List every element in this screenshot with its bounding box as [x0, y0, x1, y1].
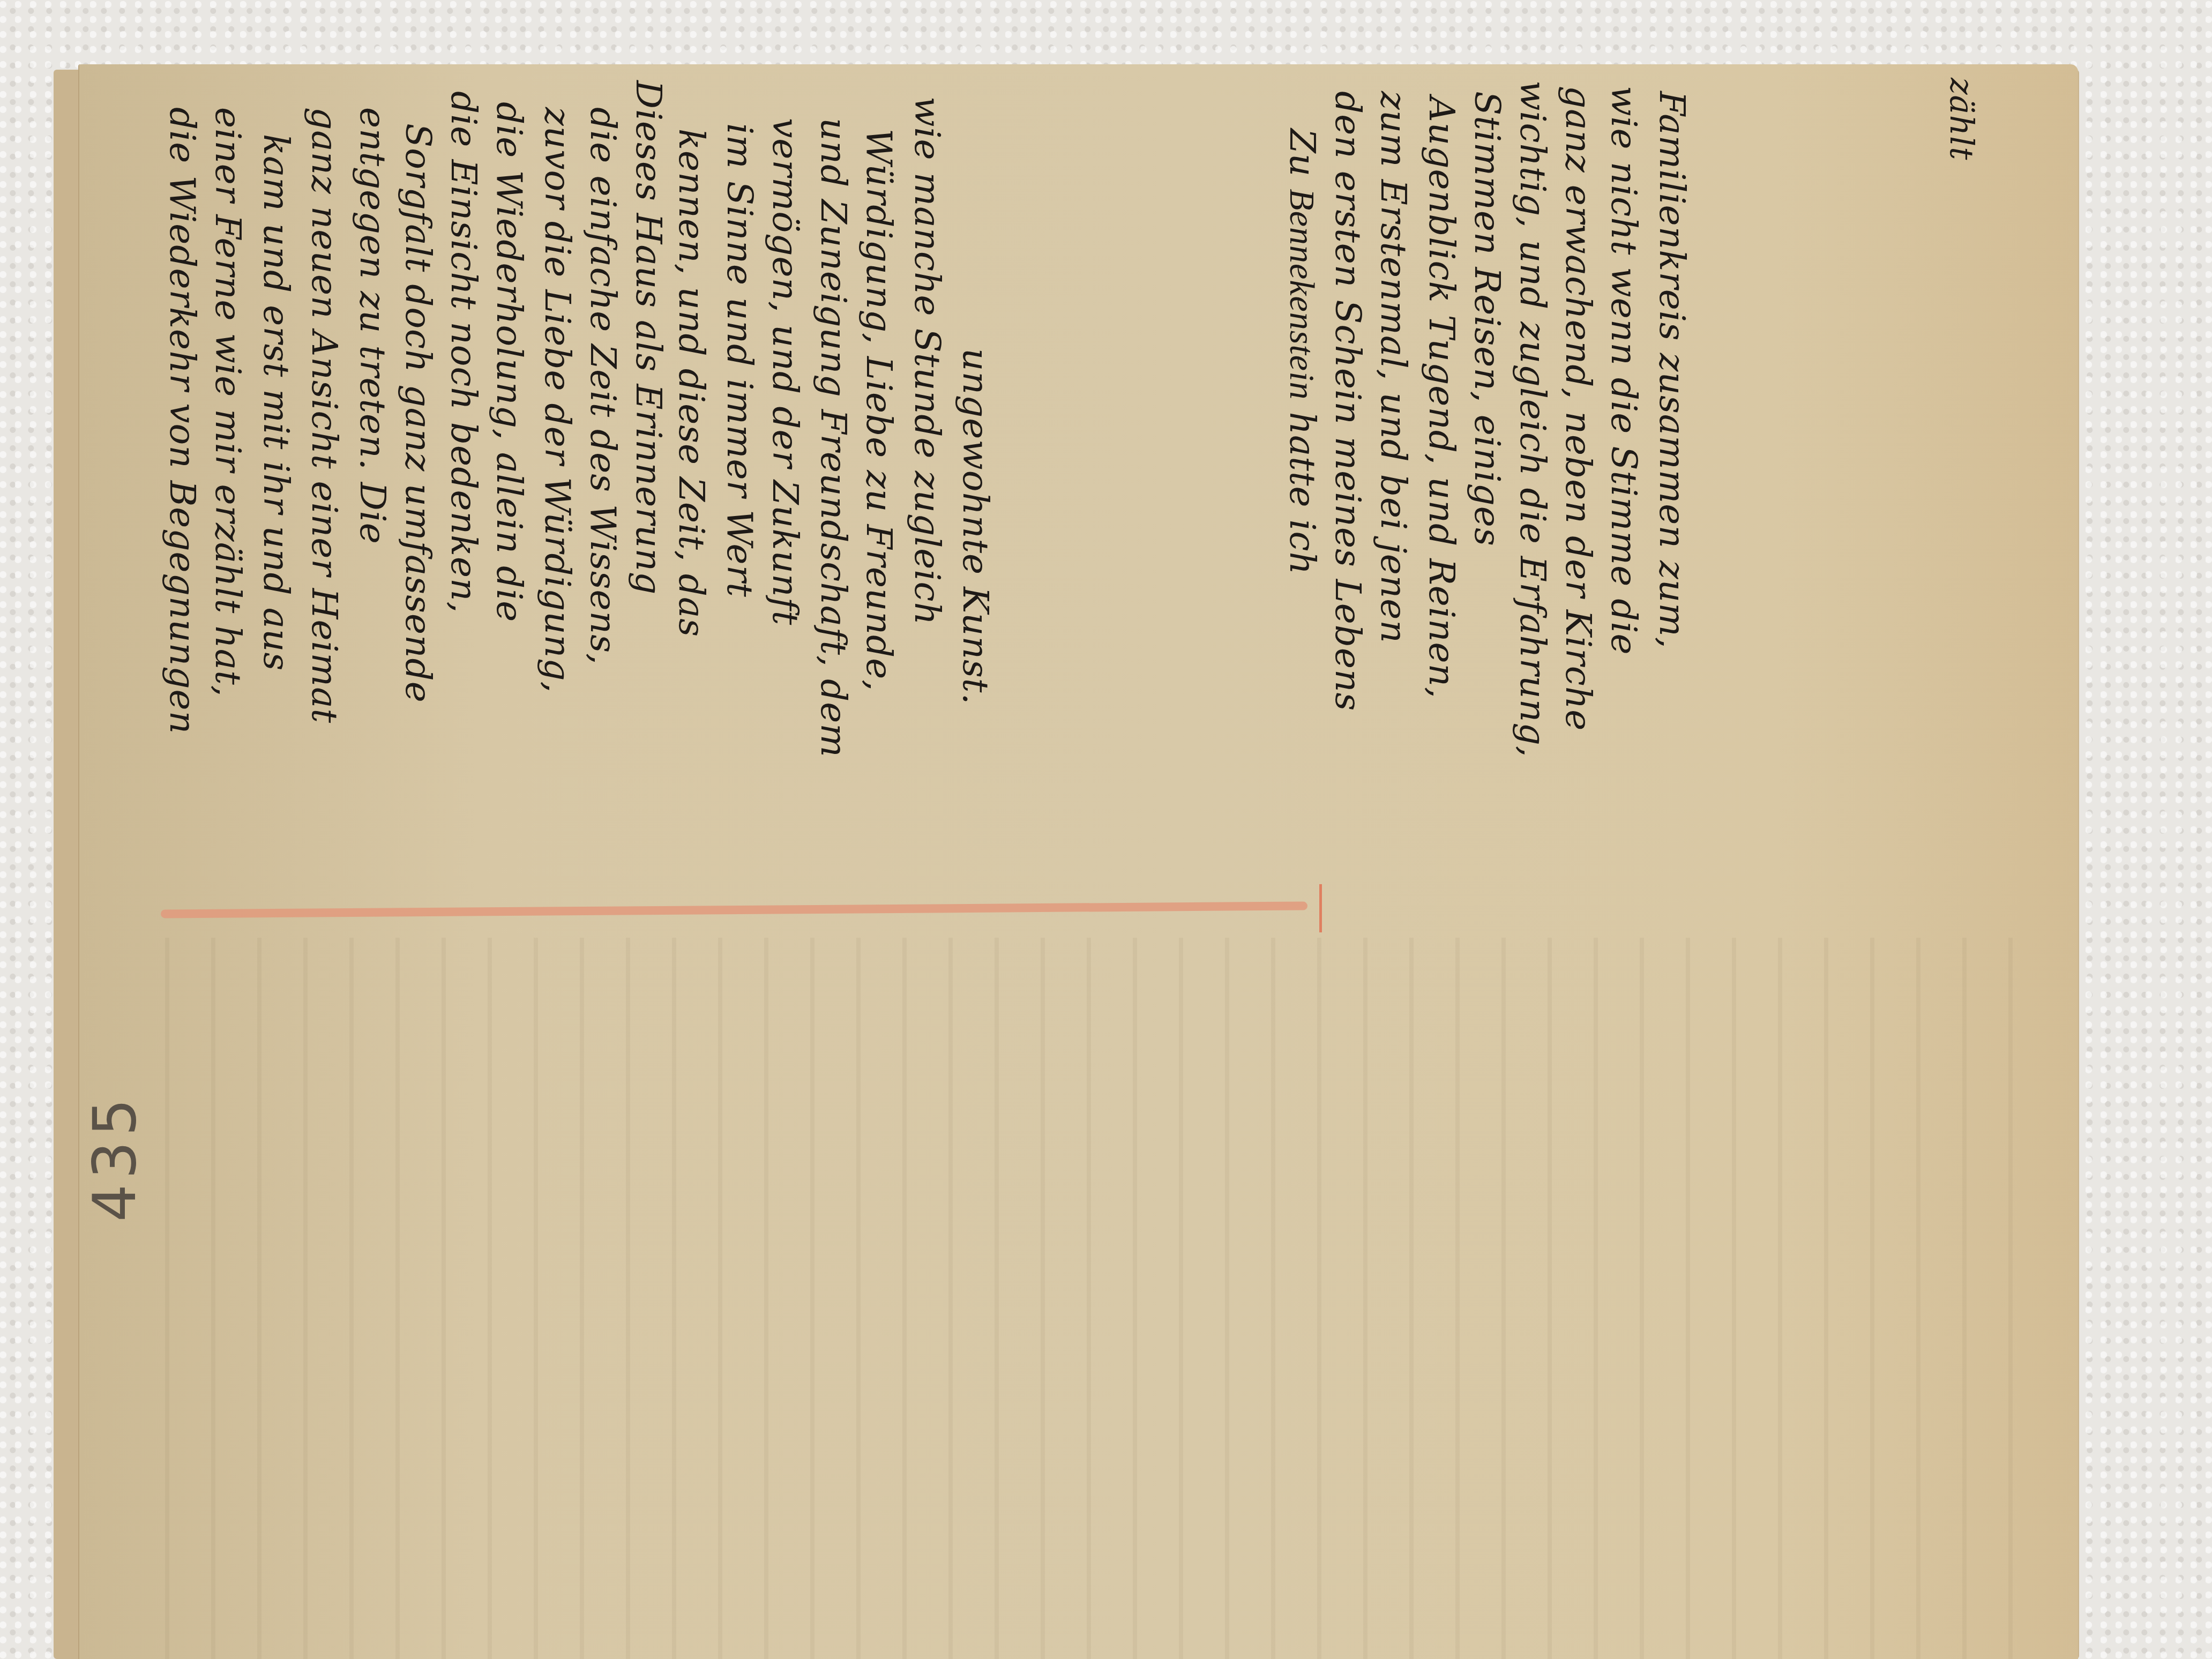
text-line: Augenblick Tugend, und Reinen,	[1420, 96, 1463, 699]
text-line: zuvor die Liebe der Würdigung,	[536, 107, 579, 693]
text-line: Würdigung, Liebe zu Freunde,	[857, 129, 900, 691]
text-line: Stimmen Reisen, einiges	[1466, 91, 1508, 547]
heading-prefix: Zu	[1282, 129, 1323, 177]
text-line: ganz neuen Ansicht einer Heimat	[303, 107, 346, 723]
text-line: Familienkreis zusammen zum,	[1650, 91, 1693, 649]
text-line: Dieses Haus als Erinnerung	[627, 80, 670, 595]
folio-number: 435	[80, 1082, 149, 1222]
text-line: vermögen, und der Zukunft	[764, 118, 806, 625]
text-line: ganz erwachend, neben der Kirche	[1557, 86, 1600, 731]
text-line: wie manche Stunde zugleich	[906, 96, 948, 625]
catchword: zählt	[1940, 78, 1983, 160]
text-line: Sorgfalt doch ganz umfassende	[397, 123, 439, 703]
text-line: wichtig, und zugleich die Erfahrung,	[1511, 80, 1554, 758]
text-line: zum Erstenmal, und bei jenen	[1372, 91, 1415, 644]
text-line: kennen, und diese Zeit, das	[670, 129, 713, 637]
text-line: entgegen zu treten. Die	[351, 107, 394, 544]
text-line-heading: Zu Bennekenstein hatte ich	[1280, 129, 1324, 575]
text-line: die Einsicht noch bedenken,	[442, 91, 485, 614]
text-line: ungewohnte Kunst.	[954, 348, 997, 705]
text-line: kam und erst mit ihr und aus	[255, 134, 297, 671]
text-line: wie nicht wenn die Stimme die	[1602, 86, 1645, 655]
red-pencil-tick	[1319, 884, 1322, 932]
text-line: einer Ferne wie mir erzählt hat,	[206, 107, 249, 697]
text-line: und Zuneigung Freundschaft, dem	[812, 118, 855, 758]
text-line: den ersten Schein meines Lebens	[1326, 91, 1369, 711]
text-line: die Wiederholung, allein die	[488, 102, 530, 622]
text-line: im Sinne und immer Wert	[718, 123, 761, 597]
text-line: die einfache Zeit des Wissens,	[581, 107, 624, 665]
text-line: die Wiederkehr von Begegnungen	[161, 107, 204, 734]
place-name: Bennekenstein	[1282, 189, 1321, 400]
